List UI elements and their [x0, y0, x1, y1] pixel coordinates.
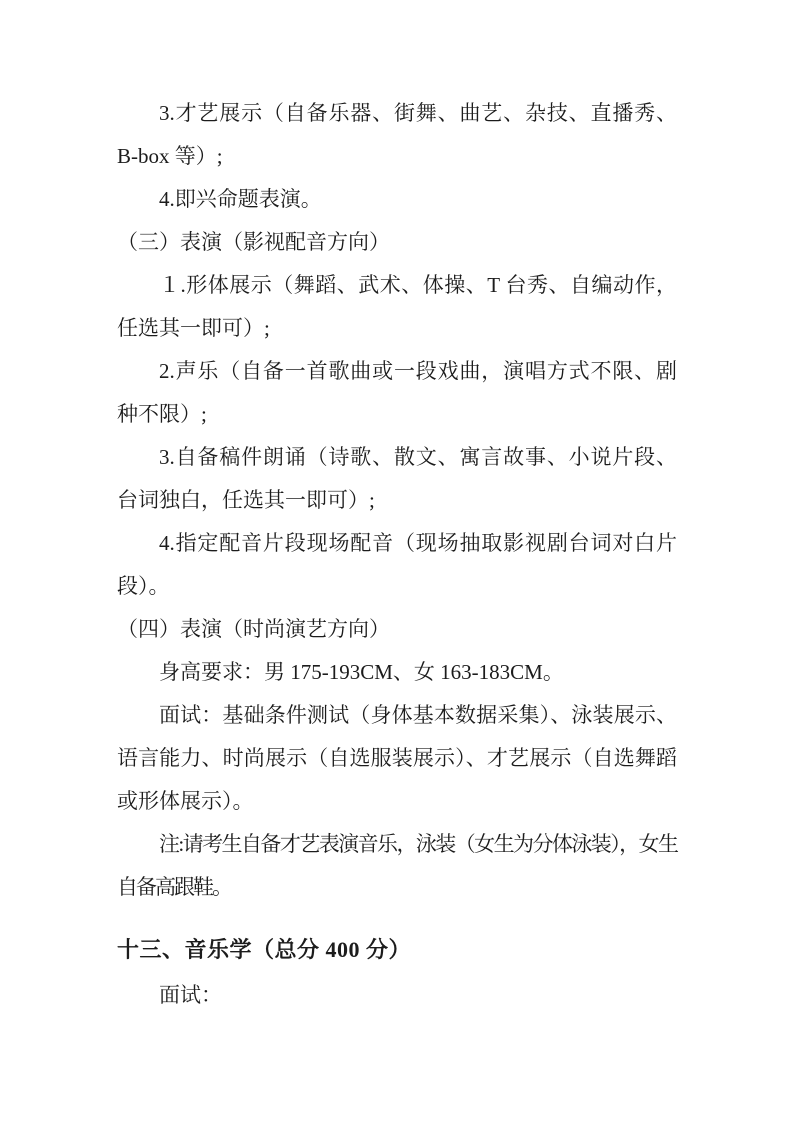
body-paragraph: 身高要求：男 175-193CM、女 163-183CM。: [117, 651, 677, 694]
list-item-paragraph: 4.即兴命题表演。: [117, 178, 677, 221]
list-item-paragraph: １.形体展示（舞蹈、武术、体操、T 台秀、自编动作，任选其一即可）;: [117, 264, 677, 350]
list-item-paragraph: 2.声乐（自备一首歌曲或一段戏曲，演唱方式不限、剧种不限）;: [117, 350, 677, 436]
chapter-heading: 十三、音乐学（总分 400 分）: [117, 928, 677, 971]
list-item-paragraph: 3.自备稿件朗诵（诗歌、散文、寓言故事、小说片段、台词独白，任选其一即可）;: [117, 436, 677, 522]
note-paragraph: 注:请考生自备才艺表演音乐，泳装（女生为分体泳装），女生自备高跟鞋。: [117, 823, 677, 909]
section-heading: （三）表演（影视配音方向）: [117, 221, 677, 264]
document-body: 3.才艺展示（自备乐器、街舞、曲艺、杂技、直播秀、B-box 等）;4.即兴命题…: [117, 92, 677, 1017]
list-item-paragraph: 3.才艺展示（自备乐器、街舞、曲艺、杂技、直播秀、B-box 等）;: [117, 92, 677, 178]
section-heading: （四）表演（时尚演艺方向）: [117, 608, 677, 651]
list-item-paragraph: 4.指定配音片段现场配音（现场抽取影视剧台词对白片段）。: [117, 522, 677, 608]
document-page: 3.才艺展示（自备乐器、街舞、曲艺、杂技、直播秀、B-box 等）;4.即兴命题…: [0, 0, 793, 1122]
body-paragraph: 面试：: [117, 974, 677, 1017]
body-paragraph: 面试：基础条件测试（身体基本数据采集）、泳装展示、语言能力、时尚展示（自选服装展…: [117, 694, 677, 823]
